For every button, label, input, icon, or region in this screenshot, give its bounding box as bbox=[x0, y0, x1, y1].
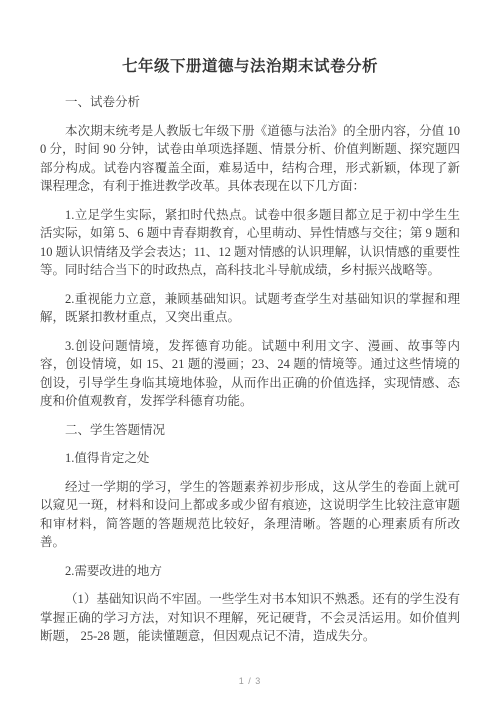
paragraph-strengths: 经过一学期的学习，学生的答题素养初步形成，这从学生的卷面上就可以窥见一斑，材料和… bbox=[40, 478, 460, 552]
page-number-indicator: 1 / 3 bbox=[0, 676, 500, 686]
paragraph-exam-overview: 本次期末统考是人教版七年级下册《道德与法治》的全册内容，分值 100 分，时间 … bbox=[40, 122, 460, 196]
subheading-improvements: 2.需要改进的地方 bbox=[40, 562, 460, 581]
paragraph-point-1-student-reality: 1.立足学生实际，紧扣时代热点。试卷中很多题目都立足于初中学生生活实际，如第 5… bbox=[40, 206, 460, 280]
section-heading-student-answers: 二、学生答题情况 bbox=[40, 421, 460, 440]
document-content: 七年级下册道德与法治期末试卷分析 一、试卷分析 本次期末统考是人教版七年级下册《… bbox=[40, 54, 460, 656]
paragraph-point-2-ability-focus: 2.重视能力立意，兼顾基础知识。试题考查学生对基础知识的掌握和理解，既紧扣教材重… bbox=[40, 290, 460, 327]
section-heading-paper-analysis: 一、试卷分析 bbox=[40, 93, 460, 112]
subheading-strengths: 1.值得肯定之处 bbox=[40, 449, 460, 468]
document-title: 七年级下册道德与法治期末试卷分析 bbox=[40, 54, 460, 76]
document-page: 七年级下册道德与法治期末试卷分析 一、试卷分析 本次期末统考是人教版七年级下册《… bbox=[0, 0, 500, 708]
paragraph-point-3-moral-education: 3.创设问题情境，发挥德育功能。试题中利用文字、漫画、故事等内容，创设情境，如 … bbox=[40, 337, 460, 411]
paragraph-improvements: （1）基础知识尚不牢固。一些学生对书本知识不熟悉。还有的学生没有掌握正确的学习方… bbox=[40, 590, 460, 646]
